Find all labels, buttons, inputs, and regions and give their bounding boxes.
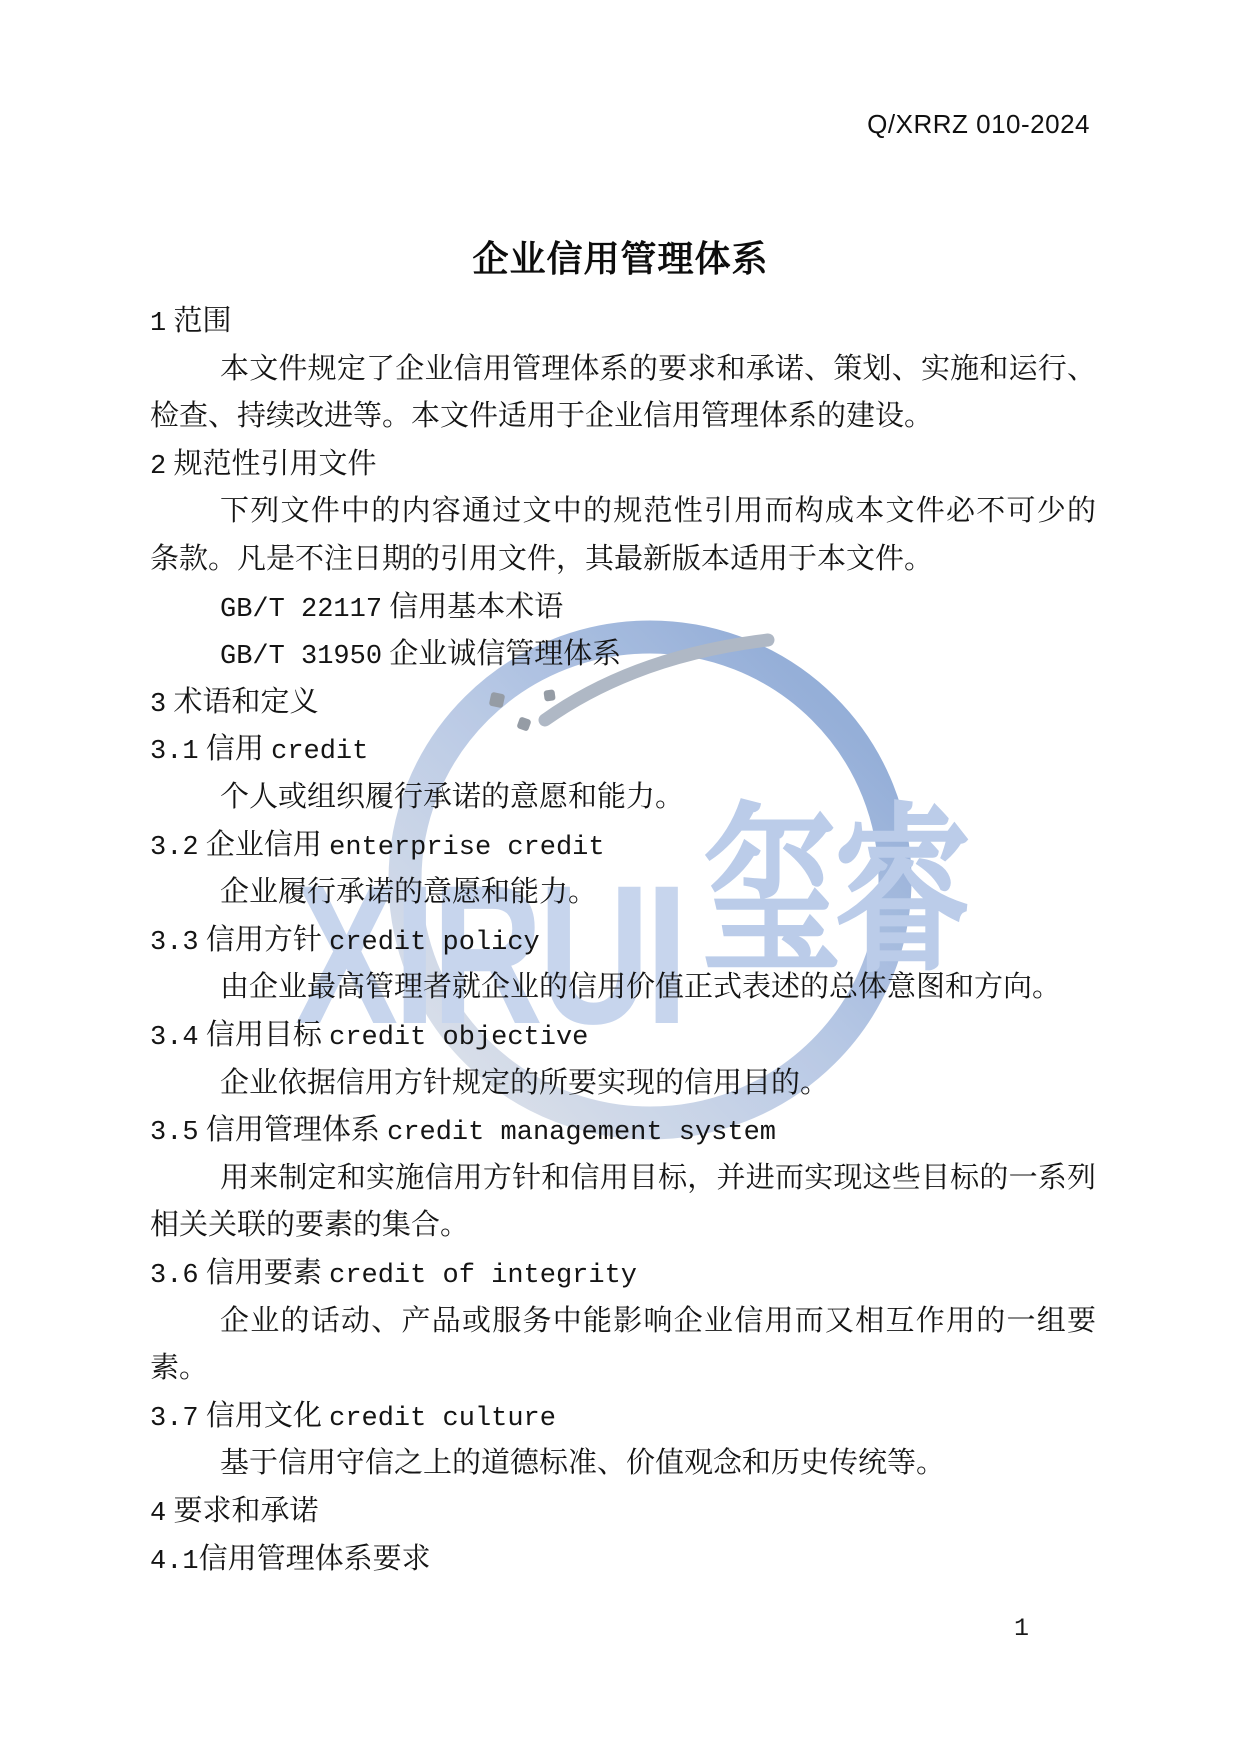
document-line: 3.5 信用管理体系 credit management system xyxy=(150,1106,1096,1157)
document-line: 3.1 信用 credit xyxy=(150,725,1096,776)
document-line: 3.7 信用文化 credit culture xyxy=(150,1392,1096,1443)
document-line: 下列文件中的内容通过文中的规范性引用而构成本文件必不可少的 xyxy=(150,487,1096,535)
document-line: 检查、持续改进等。本文件适用于企业信用管理体系的建设。 xyxy=(150,392,1096,440)
document-page: XIRUI 玺睿 Q/XRRZ 010-2024 企业信用管理体系 1 范围本文… xyxy=(0,0,1241,1754)
document-line: 素。 xyxy=(150,1344,1096,1392)
document-line: 企业的话动、产品或服务中能影响企业信用而又相互作用的一组要 xyxy=(150,1297,1096,1345)
document-line: 3.2 企业信用 enterprise credit xyxy=(150,821,1096,872)
document-line: 企业依据信用方针规定的所要实现的信用目的。 xyxy=(150,1059,1096,1107)
document-line: 4 要求和承诺 xyxy=(150,1487,1096,1538)
page-number: 1 xyxy=(1014,1612,1029,1646)
page-title: 企业信用管理体系 xyxy=(0,236,1241,282)
document-line: 由企业最高管理者就企业的信用价值正式表述的总体意图和方向。 xyxy=(150,963,1096,1011)
document-line: GB/T 31950 企业诚信管理体系 xyxy=(150,630,1096,681)
document-line: 3.4 信用目标 credit objective xyxy=(150,1011,1096,1062)
document-line: 3.3 信用方针 credit policy xyxy=(150,916,1096,967)
document-line: 基于信用守信之上的道德标准、价值观念和历史传统等。 xyxy=(150,1439,1096,1487)
document-line: 用来制定和实施信用方针和信用目标，并进而实现这些目标的一系列 xyxy=(150,1154,1096,1202)
document-line: 条款。凡是不注日期的引用文件，其最新版本适用于本文件。 xyxy=(150,535,1096,583)
document-line: 2 规范性引用文件 xyxy=(150,440,1096,491)
document-line: GB/T 22117 信用基本术语 xyxy=(150,583,1096,634)
header-standard-code: Q/XRRZ 010-2024 xyxy=(867,108,1090,140)
document-line: 相关关联的要素的集合。 xyxy=(150,1201,1096,1249)
document-line: 个人或组织履行承诺的意愿和能力。 xyxy=(150,773,1096,821)
document-line: 企业履行承诺的意愿和能力。 xyxy=(150,868,1096,916)
document-line: 本文件规定了企业信用管理体系的要求和承诺、策划、实施和运行、 xyxy=(150,345,1096,393)
document-line: 3.6 信用要素 credit of integrity xyxy=(150,1249,1096,1300)
document-line: 4.1信用管理体系要求 xyxy=(150,1535,1096,1586)
document-line: 1 范围 xyxy=(150,297,1096,348)
document-line: 3 术语和定义 xyxy=(150,678,1096,729)
